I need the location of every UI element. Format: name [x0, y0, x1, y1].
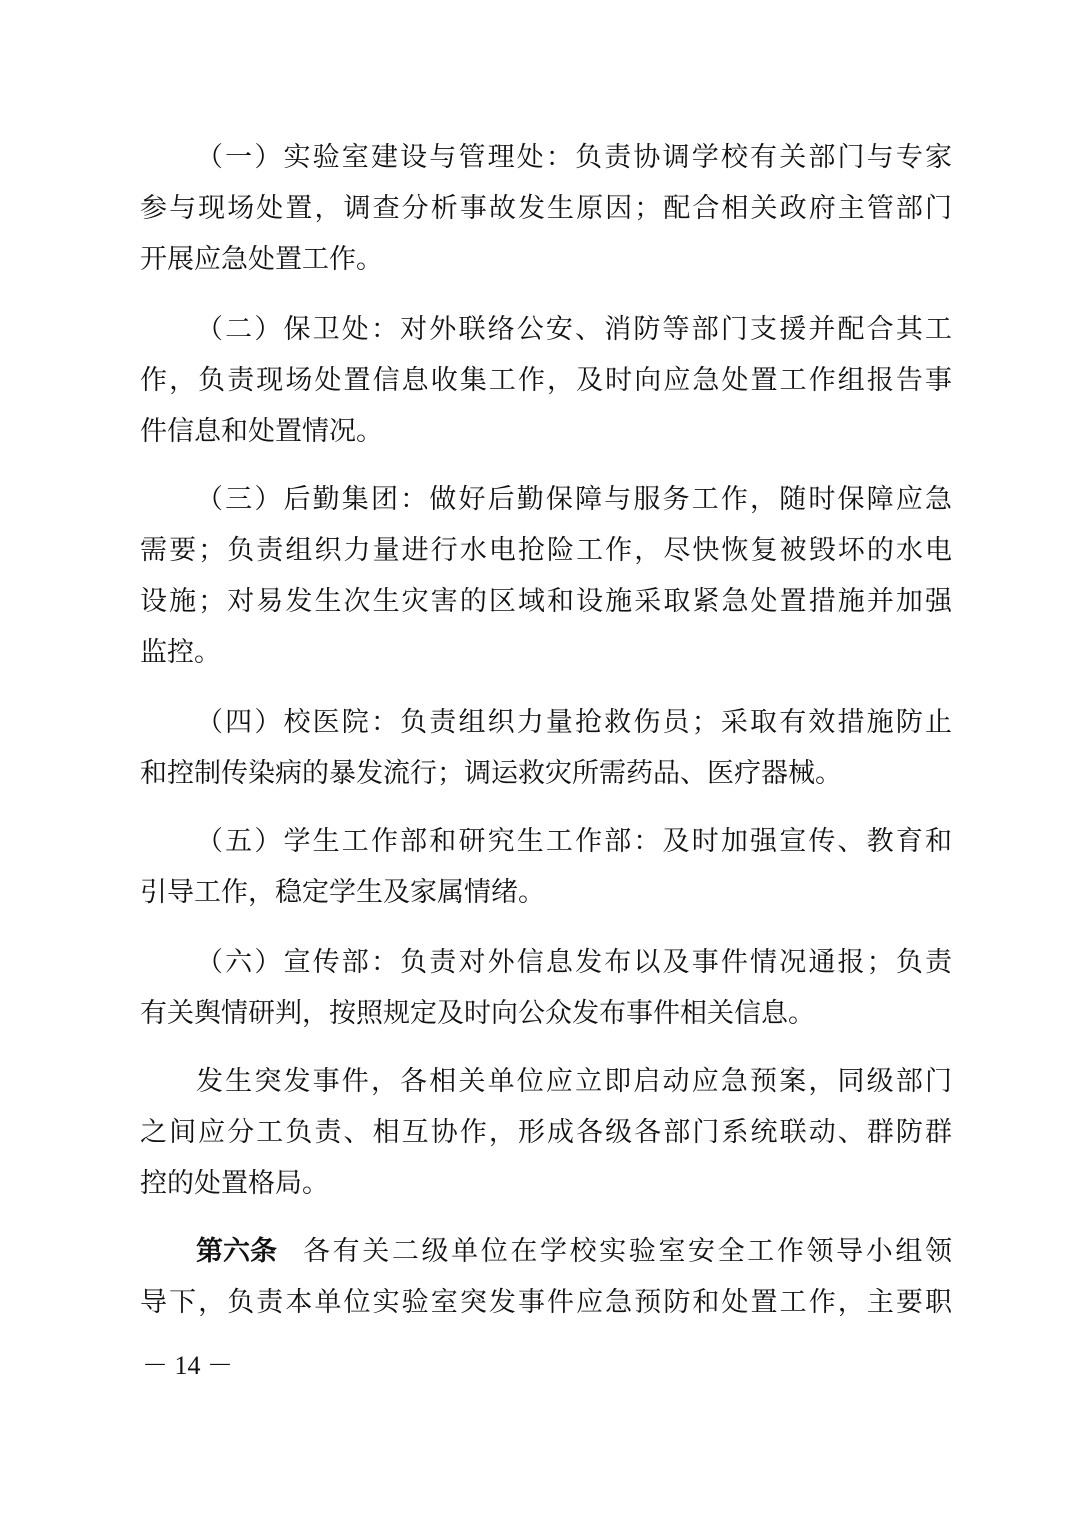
text-line: 发生突发事件，各相关单位应立即启动应急预案，同级部门: [196, 1058, 952, 1106]
text-line: 和控制传染病的暴发流行；调运救灾所需药品、医疗器械。: [140, 750, 952, 798]
text-line: 监控。: [140, 629, 952, 677]
text-line: （六）宣传部：负责对外信息发布以及事件情况通报；负责: [196, 939, 952, 987]
text-line: （三）后勤集团：做好后勤保障与服务工作，随时保障应急: [196, 476, 952, 524]
article-text: 各有关二级单位在学校实验室安全工作领导小组领: [303, 1228, 952, 1276]
text-line: （二）保卫处：对外联络公安、消防等部门支援并配合其工: [196, 306, 952, 354]
text-line: 有关舆情研判，按照规定及时向公众发布事件相关信息。: [140, 990, 952, 1038]
text-line: 设施；对易发生次生灾害的区域和设施采取紧急处置措施并加强: [140, 578, 952, 626]
text-line: 引导工作，稳定学生及家属情绪。: [140, 869, 952, 917]
text-line: 需要；负责组织力量进行水电抢险工作，尽快恢复被毁坏的水电: [140, 527, 952, 575]
text-line: 件信息和处置情况。: [140, 408, 952, 456]
text-line: （四）校医院：负责组织力量抢救伤员；采取有效措施防止: [196, 699, 952, 747]
text-line: 第六条 各有关二级单位在学校实验室安全工作领导小组领: [196, 1228, 952, 1276]
page-number: － 14 －: [142, 1346, 233, 1386]
document-page: （一）实验室建设与管理处：负责协调学校有关部门与专家 参与现场处置，调查分析事故…: [0, 0, 1080, 1528]
text-line: （一）实验室建设与管理处：负责协调学校有关部门与专家: [196, 134, 952, 182]
text-line: 参与现场处置，调查分析事故发生原因；配合相关政府主管部门: [140, 185, 952, 233]
text-line: 之间应分工负责、相互协作，形成各级各部门系统联动、群防群: [140, 1109, 952, 1157]
text-line: （五）学生工作部和研究生工作部：及时加强宣传、教育和: [196, 818, 952, 866]
text-line: 开展应急处置工作。: [140, 236, 952, 284]
text-line: 作，负责现场处置信息收集工作，及时向应急处置工作组报告事: [140, 357, 952, 405]
article-label: 第六条: [196, 1228, 277, 1276]
text-line: 控的处置格局。: [140, 1160, 952, 1208]
text-line: 导下，负责本单位实验室突发事件应急预防和处置工作，主要职: [140, 1279, 952, 1327]
